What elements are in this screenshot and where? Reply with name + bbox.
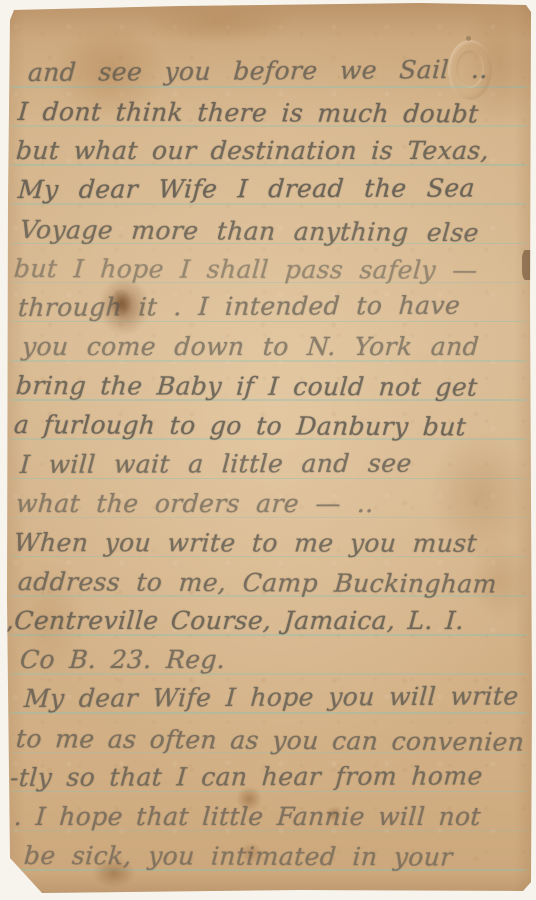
stain: [522, 250, 534, 280]
handwritten-line: My dear Wife I hope you will write: [23, 679, 520, 718]
handwritten-line: . I hope that little Fannie will not: [13, 799, 482, 835]
handwritten-line: through it . I intended to have: [17, 288, 461, 326]
handwritten-line: Co B. 23. Reg.: [19, 642, 227, 678]
handwritten-line: a furlough to go to Danbury but: [13, 407, 468, 445]
handwritten-line: ,Centreville Course, Jamaica, L. I.: [5, 603, 466, 639]
stain: [145, 0, 295, 46]
handwritten-line: what the orders are — ..: [15, 486, 375, 522]
handwritten-line: and see you before we Sail ..: [27, 52, 489, 91]
embossed-seal-dot: [466, 36, 471, 41]
handwritten-line: I will wait a little and see: [19, 445, 413, 482]
handwritten-line: you come down to N. York and: [21, 329, 481, 365]
handwritten-line: address to me, Camp Buckingham: [17, 564, 499, 602]
handwritten-line: Voyage more than anything else: [19, 212, 481, 251]
handwritten-line: but what our destination is Texas,: [15, 133, 491, 169]
handwritten-line: be sick, you intimated in your: [23, 838, 454, 875]
handwritten-line: I dont think there is much doubt: [17, 94, 480, 132]
handwritten-line: My dear Wife I dread the Sea: [17, 171, 476, 209]
handwritten-line: but I hope I shall pass safely —: [13, 251, 479, 289]
scanned-letter-page: and see you before we Sail ..I dont thin…: [0, 0, 536, 900]
handwritten-line: -tly so that I can hear from home: [9, 758, 484, 796]
handwritten-line: When you write to me you must: [13, 525, 479, 562]
handwritten-line: to me as often as you can convenien: [15, 721, 526, 761]
letter-paper: and see you before we Sail ..I dont thin…: [0, 0, 536, 900]
handwritten-line: bring the Baby if I could not get: [15, 368, 479, 406]
